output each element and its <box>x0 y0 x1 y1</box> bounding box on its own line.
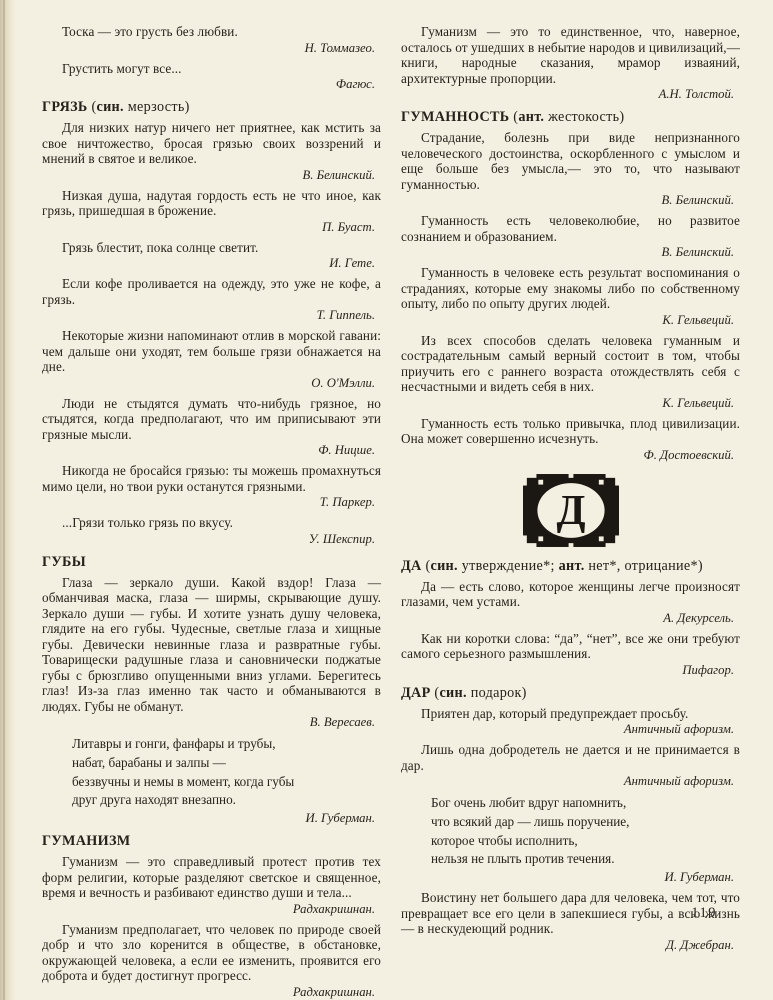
section-letter-ornament: Д <box>401 474 740 547</box>
quote-attribution: Античный афоризм. <box>401 723 734 736</box>
quote-attribution: П. Буаст. <box>42 221 375 234</box>
page-edge-line <box>3 0 5 1000</box>
entry-headword: ГРЯЗЬ (син. мерзость) <box>42 98 381 116</box>
verse-line: набат, барабаны и залпы — <box>72 754 381 773</box>
quote-attribution: В. Белинский. <box>401 246 734 259</box>
quote-attribution: Д. Джебран. <box>401 939 734 952</box>
quote-text: Глаза — зеркало души. Какой вздор! Глаза… <box>42 575 381 715</box>
verse-quote: Литавры и гонги, фанфары и трубы,набат, … <box>72 735 381 810</box>
quote-attribution: Фагюс. <box>42 78 375 91</box>
quote-text: Грустить могут все... <box>42 61 381 77</box>
entry-headword: ГУМАННОСТЬ (ант. жестокость) <box>401 108 740 126</box>
quote-attribution: Н. Томмазео. <box>42 42 375 55</box>
quote-text: Гуманность есть только привычка, плод ци… <box>401 416 740 447</box>
drop-cap-frame: Д <box>523 474 619 547</box>
quote-attribution: И. Губерман. <box>401 871 734 884</box>
quote-text: Гуманизм — это то единственное, что, нав… <box>401 24 740 86</box>
quote-attribution: Радхакришнан. <box>42 903 375 916</box>
quote-attribution: Радхакришнан. <box>42 986 375 999</box>
quote-text: ...Грязи только грязь по вкусу. <box>42 515 381 531</box>
quote-text: Страдание, болезнь при виде непризнанног… <box>401 130 740 192</box>
verse-line: Литавры и гонги, фанфары и трубы, <box>72 735 381 754</box>
quote-attribution: Пифагор. <box>401 664 734 677</box>
verse-line: нельзя не плыть против течения. <box>431 850 740 869</box>
drop-cap-letter: Д <box>556 486 585 533</box>
headword-term: ДАР <box>401 685 431 701</box>
headword-note: подарок) <box>467 685 527 701</box>
quote-text: Гуманизм предполагает, что человек по пр… <box>42 922 381 984</box>
quote-text: Люди не стыдятся думать что-нибудь грязн… <box>42 396 381 443</box>
quote-attribution: Ф. Достоевский. <box>401 449 734 462</box>
headword-term: ГРЯЗЬ <box>42 99 88 115</box>
headword-term: ант. <box>518 109 544 125</box>
verse-line: Бог очень любит вдруг напомнить, <box>431 794 740 813</box>
headword-term: ГУБЫ <box>42 554 86 570</box>
verse-line: что всякий дар — лишь поручение, <box>431 813 740 832</box>
headword-term: ДА <box>401 558 422 574</box>
quote-attribution: И. Гете. <box>42 257 375 270</box>
headword-note: ( <box>509 109 518 125</box>
quote-attribution: В. Белинский. <box>42 169 375 182</box>
quote-text: Как ни коротки слова: “да”, “нет”, все ж… <box>401 631 740 662</box>
quote-attribution: Т. Гиппель. <box>42 309 375 322</box>
headword-note: утверждение*; <box>458 558 559 574</box>
quote-attribution: В. Белинский. <box>401 194 734 207</box>
quote-attribution: Т. Паркер. <box>42 496 375 509</box>
headword-term: ГУМАНИЗМ <box>42 833 130 849</box>
headword-term: син. <box>430 558 457 574</box>
entry-headword: ГУБЫ <box>42 553 381 571</box>
quote-attribution: Античный афоризм. <box>401 775 734 788</box>
verse-line: беззвучны и немы в момент, когда губы <box>72 773 381 792</box>
entry-headword: ДАР (син. подарок) <box>401 684 740 702</box>
quote-text: Лишь одна добродетель не дается и не при… <box>401 742 740 773</box>
quote-text: Гуманизм — это справедливый протест прот… <box>42 854 381 901</box>
right-column: Гуманизм — это то единственное, что, нав… <box>401 24 740 1000</box>
page-gutter-shadow <box>0 0 16 1000</box>
quote-attribution: И. Губерман. <box>42 812 375 825</box>
quote-attribution: К. Гельвеций. <box>401 314 734 327</box>
headword-term: син. <box>439 685 466 701</box>
quote-attribution: О. О'Мэлли. <box>42 377 375 390</box>
headword-note: мерзость) <box>124 99 190 115</box>
headword-note: жестокость) <box>544 109 624 125</box>
quote-attribution: А.Н. Толстой. <box>401 88 734 101</box>
quote-text: Гуманность есть человеколюбие, но развит… <box>401 213 740 244</box>
quote-text: Низкая душа, надутая гордость есть не чт… <box>42 188 381 219</box>
quote-text: Гуманность в человеке есть результат вос… <box>401 265 740 312</box>
quote-attribution: А. Декурсель. <box>401 612 734 625</box>
quote-text: Никогда не бросайся грязью: ты можешь пр… <box>42 463 381 494</box>
quote-attribution: К. Гельвеций. <box>401 397 734 410</box>
quote-text: Воистину нет большего дара для человека,… <box>401 890 740 937</box>
two-column-text: Тоска — это грусть без любви.Н. Томмазео… <box>42 24 740 1000</box>
verse-line: друг друга находят внезапно. <box>72 791 381 810</box>
entry-headword: ГУМАНИЗМ <box>42 832 381 850</box>
quote-text: Грязь блестит, пока солнце светит. <box>42 240 381 256</box>
verse-quote: Бог очень любит вдруг напомнить,что всяк… <box>431 794 740 869</box>
book-page: { "page": { "number": "119" }, "columns"… <box>0 0 773 1000</box>
quote-text: Некоторые жизни напоминают отлив в морск… <box>42 328 381 375</box>
headword-note: нет*, отрицание*) <box>585 558 703 574</box>
headword-term: ант. <box>559 558 585 574</box>
quote-attribution: Ф. Ницше. <box>42 444 375 457</box>
page-number: 119 <box>691 905 717 922</box>
quote-text: Приятен дар, который предупреждает прось… <box>401 706 740 722</box>
verse-line: которое чтобы исполнить, <box>431 832 740 851</box>
quote-attribution: У. Шекспир. <box>42 533 375 546</box>
quote-text: Тоска — это грусть без любви. <box>42 24 381 40</box>
quote-text: Из всех способов сделать человека гуманн… <box>401 333 740 395</box>
entry-headword: ДА (син. утверждение*; ант. нет*, отрица… <box>401 557 740 575</box>
headword-term: ГУМАННОСТЬ <box>401 109 509 125</box>
quote-attribution: В. Вересаев. <box>42 716 375 729</box>
quote-text: Если кофе проливается на одежду, это уже… <box>42 276 381 307</box>
quote-text: Для низких натур ничего нет приятнее, ка… <box>42 120 381 167</box>
quote-text: Да — есть слово, которое женщины легче п… <box>401 579 740 610</box>
headword-term: син. <box>96 99 123 115</box>
left-column: Тоска — это грусть без любви.Н. Томмазео… <box>42 24 381 1000</box>
